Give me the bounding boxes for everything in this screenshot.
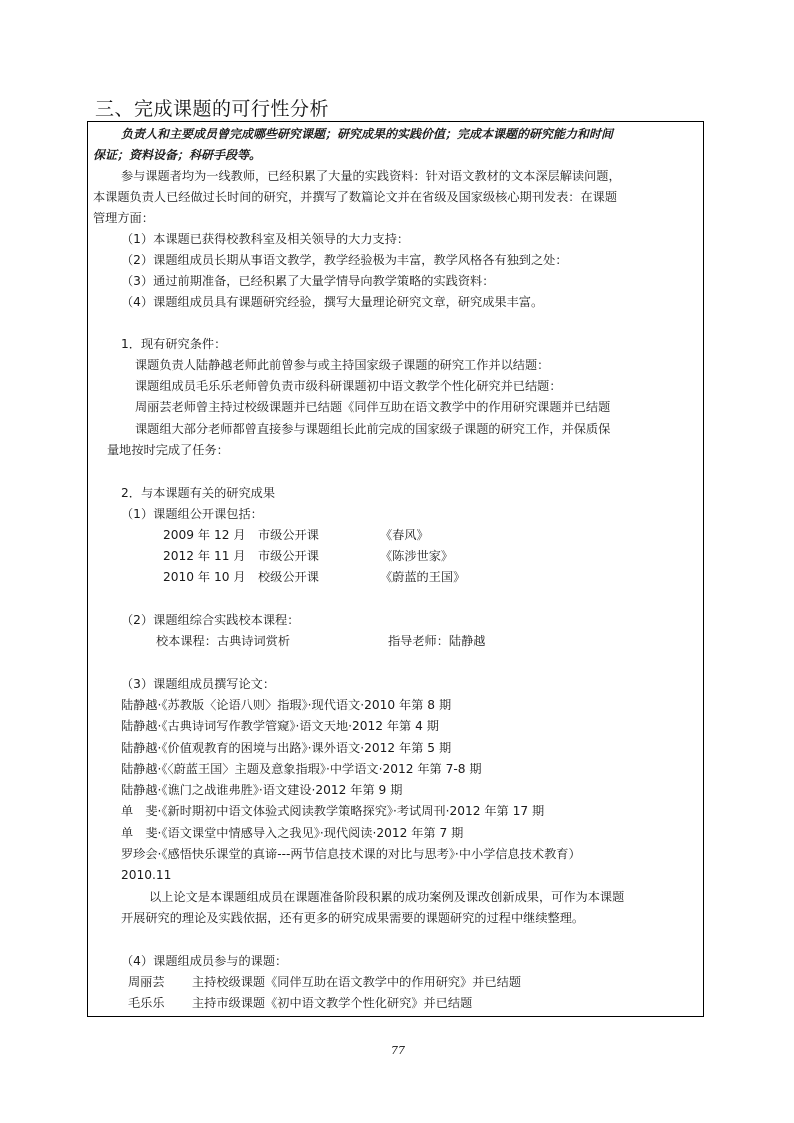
paper-item: 陆静越·《价值观教育的困境与出路》·课外语文·2012 年第 5 期 bbox=[121, 741, 451, 755]
conditions-heading: 1．现有研究条件： bbox=[121, 337, 226, 351]
paper-item: 单 斐·《新时期初中语文体验式阅读教学策略探究》·考试周刊·2012 年第 17… bbox=[121, 804, 544, 818]
management-point: （3）通过前期准备，已经积累了大量学情导向教学策略的实践资料： bbox=[121, 274, 494, 288]
paper-item: 陆静越·《谯门之战谁弗胜》·语文建设·2012 年第 9 期 bbox=[121, 783, 402, 797]
condition-line: 课题组成员毛乐乐老师曾负责市级科研课题初中语文教学个性化研究并已结题： bbox=[135, 379, 562, 393]
condition-continuation: 量地按时完成了任务： bbox=[107, 443, 229, 457]
intro-line-2: 本课题负责人已经做过长时间的研究，并撰写了数篇论文并在省级及国家级核心期刊发表：… bbox=[93, 190, 617, 204]
papers-summary-line-1: 以上论文是本课题组成员在课题准备阶段积累的成功案例及课改创新成果，可作为本课题 bbox=[149, 890, 624, 904]
school-course-advisor: 指导老师：陆静越 bbox=[388, 634, 486, 648]
school-course-name: 校本课程：古典诗词赏析 bbox=[156, 634, 290, 648]
open-class-title: 《春风》 bbox=[380, 528, 429, 542]
results-heading: 2．与本课题有关的研究成果 bbox=[121, 486, 275, 500]
management-point: （1）本课题已获得校教科室及相关领导的大力支持： bbox=[121, 232, 409, 246]
intro-line-1: 参与课题者均为一线教师，已经积累了大量的实践资料：针对语文教材的文本深层解读问题… bbox=[121, 169, 621, 183]
paper-item-continuation: 2010.11 bbox=[121, 868, 171, 882]
condition-line: 课题组大部分老师都曾直接参与课题组长此前完成的国家级子课题的研究工作，并保质保 bbox=[135, 422, 610, 436]
prompt-line-2: 保证；资料设备；科研手段等。 bbox=[93, 148, 261, 162]
prompt-line-1: 负责人和主要成员曾完成哪些研究课题；研究成果的实践价值；完成本课题的研究能力和时… bbox=[121, 127, 613, 141]
open-class-title: 《陈涉世家》 bbox=[380, 549, 453, 563]
open-class-date: 2012 年 11 月 bbox=[163, 549, 246, 563]
open-class-title: 《蔚蓝的王国》 bbox=[380, 570, 465, 584]
paper-item: 陆静越·《苏教版〈论语八则〉指瑕》·现代语文·2010 年第 8 期 bbox=[121, 698, 451, 712]
management-point: （2）课题组成员长期从事语文教学，教学经验极为丰富，教学风格各有独到之处： bbox=[121, 253, 568, 267]
papers-summary-line-2: 开展研究的理论及实践依据，还有更多的研究成果需要的课题研究的过程中继续整理。 bbox=[121, 911, 584, 925]
paper-item: 单 斐·《语文课堂中情感导入之我见》·现代阅读·2012 年第 7 期 bbox=[121, 826, 463, 840]
papers-heading: （3）课题组成员撰写论文： bbox=[121, 677, 275, 691]
open-class-level: 市级公开课 bbox=[258, 549, 319, 563]
participant-name: 毛乐乐 bbox=[128, 996, 165, 1010]
participant-name: 周丽芸 bbox=[128, 975, 165, 989]
condition-line: 课题负责人陆静越老师此前曾参与或主持国家级子课题的研究工作并以结题： bbox=[135, 358, 549, 372]
open-class-level: 校级公开课 bbox=[258, 570, 319, 584]
page-number: 77 bbox=[391, 1044, 405, 1057]
intro-line-3: 管理方面： bbox=[93, 211, 154, 225]
school-course-heading: （2）课题组综合实践校本课程： bbox=[121, 613, 299, 627]
paper-item: 陆静越·《〈蔚蓝王国〉主题及意象指瑕》·中学语文·2012 年第 7-8 期 bbox=[121, 762, 482, 776]
paper-item: 罗珍会·《感悟快乐课堂的真谛---两节信息技术课的对比与思考》·中小学信息技术教… bbox=[121, 847, 581, 861]
section-title: 三、完成课题的可行性分析 bbox=[95, 94, 329, 121]
open-class-date: 2009 年 12 月 bbox=[163, 528, 246, 542]
open-classes-heading: （1）课题组公开课包括： bbox=[121, 507, 263, 521]
participation-heading: （4）课题组成员参与的课题： bbox=[121, 954, 287, 968]
participant-desc: 主持市级课题《初中语文教学个性化研究》并已结题 bbox=[192, 996, 472, 1010]
participant-desc: 主持校级课题《同伴互助在语文教学中的作用研究》并已结题 bbox=[192, 975, 521, 989]
open-class-date: 2010 年 10 月 bbox=[163, 570, 246, 584]
condition-line: 周丽芸老师曾主持过校级课题并已结题《同伴互助在语文教学中的作用研究课题并已结题 bbox=[135, 400, 610, 414]
open-class-level: 市级公开课 bbox=[258, 528, 319, 542]
management-point: （4）课题组成员具有课题研究经验，撰写大量理论研究文章，研究成果丰富。 bbox=[121, 295, 543, 309]
paper-item: 陆静越·《古典诗词写作教学管窥》·语文天地·2012 年第 4 期 bbox=[121, 719, 439, 733]
